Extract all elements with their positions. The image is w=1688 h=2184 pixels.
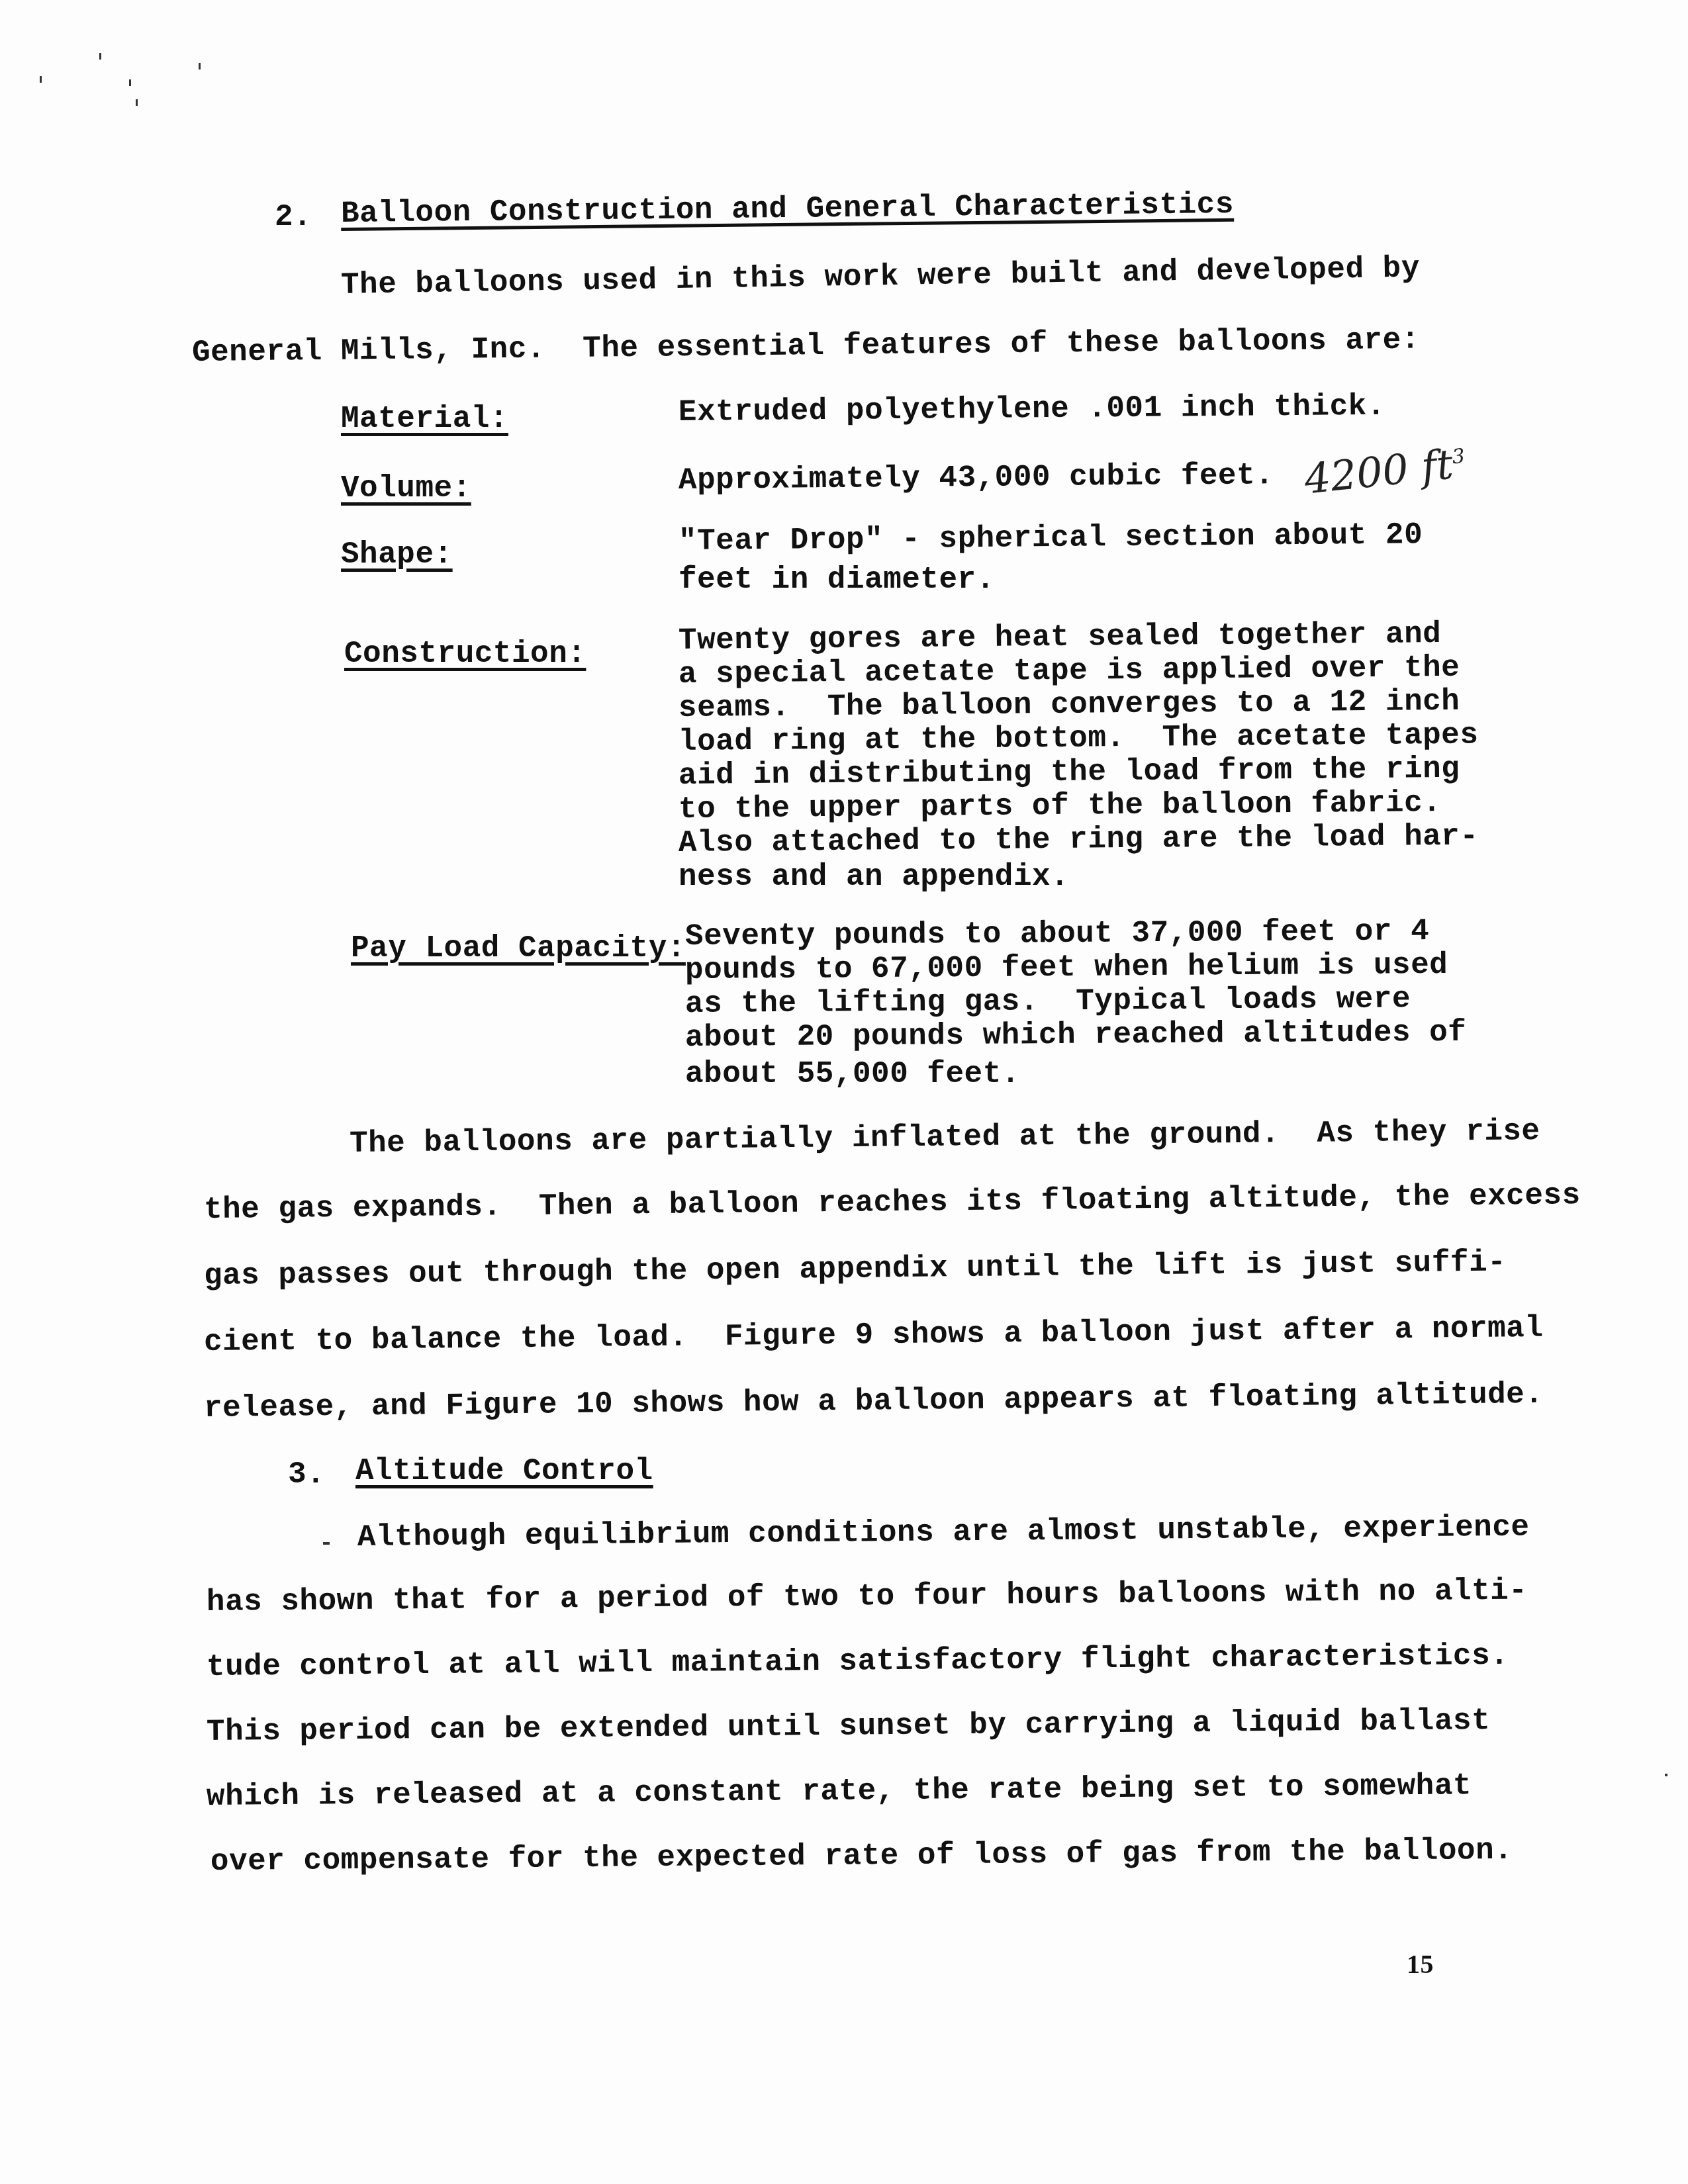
feature-value-shape-1: "Tear Drop" - spherical section about 20: [679, 520, 1423, 557]
scan-speck: [40, 76, 42, 83]
feature-value-construction-1: Twenty gores are heat sealed together an…: [679, 619, 1442, 656]
feature-label-construction: Construction:: [344, 639, 586, 669]
feature-value-construction-6: to the upper parts of the balloon fabric…: [679, 788, 1442, 825]
paragraph-line-2: the gas expands. Then a balloon reaches …: [204, 1180, 1581, 1225]
feature-value-material: Extruded polyethylene .001 inch thick.: [679, 391, 1385, 428]
paragraph-line-3: gas passes out through the open appendix…: [204, 1247, 1507, 1291]
feature-value-construction-7: Also attached to the ring are the load h…: [679, 821, 1479, 858]
altitude-line-3: tude control at all will maintain satisf…: [207, 1641, 1509, 1682]
paragraph-line-4: cient to balance the load. Figure 9 show…: [204, 1313, 1544, 1357]
feature-value-payload-5: about 55,000 feet.: [685, 1059, 1020, 1089]
feature-value-payload-3: as the lifting gas. Typical loads were: [685, 983, 1411, 1019]
scan-speck: [129, 79, 131, 86]
feature-label-payload: Pay Load Capacity:: [351, 933, 686, 964]
handwritten-note-superscript: 3: [1451, 445, 1466, 469]
feature-value-construction-3: seams. The balloon converges to a 12 inc…: [679, 686, 1460, 723]
handwritten-note: 4200 ft3: [1302, 438, 1468, 503]
feature-value-construction-5: aid in distributing the load from the ri…: [679, 754, 1460, 791]
altitude-line-6: over compensate for the expected rate of…: [211, 1835, 1513, 1877]
scan-speck: [199, 63, 201, 69]
section-2-title: Balloon Construction and General Charact…: [341, 189, 1234, 229]
feature-value-volume: Approximately 43,000 cubic feet.: [679, 460, 1274, 496]
intro-line-2: General Mills, Inc. The essential featur…: [192, 325, 1420, 368]
scan-speck: [1665, 1774, 1667, 1776]
stray-mark: [323, 1542, 330, 1545]
section-3-title: Altitude Control: [355, 1456, 653, 1486]
feature-value-construction-8: ness and an appendix.: [679, 862, 1069, 892]
altitude-line-2: has shown that for a period of two to fo…: [207, 1576, 1528, 1617]
scan-speck: [99, 53, 101, 60]
altitude-line-5: which is released at a constant rate, th…: [207, 1770, 1472, 1812]
feature-label-material: Material:: [341, 404, 508, 434]
scan-speck: [136, 99, 138, 106]
feature-label-shape: Shape:: [341, 539, 453, 570]
handwritten-note-value: 4200 ft: [1302, 439, 1456, 503]
section-2-number: 2.: [275, 202, 312, 232]
section-3-number: 3.: [288, 1459, 325, 1490]
feature-label-volume: Volume:: [341, 473, 471, 504]
paragraph-line-5: release, and Figure 10 shows how a ballo…: [204, 1379, 1544, 1424]
page-number: 15: [1407, 1951, 1434, 1978]
feature-value-payload-1: Seventy pounds to about 37,000 feet or 4: [685, 916, 1429, 952]
feature-value-construction-4: load ring at the bottom. The acetate tap…: [679, 719, 1479, 757]
altitude-line-1: Although equilibrium conditions are almo…: [357, 1512, 1530, 1553]
feature-value-payload-4: about 20 pounds which reached altitudes …: [685, 1017, 1467, 1053]
altitude-line-4: This period can be extended until sunset…: [207, 1706, 1491, 1747]
feature-value-construction-2: a special acetate tape is applied over t…: [679, 653, 1460, 690]
feature-value-payload-2: pounds to 67,000 feet when helium is use…: [685, 950, 1448, 985]
paragraph-line-1: The balloons are partially inflated at t…: [350, 1116, 1540, 1159]
intro-line-1: The balloons used in this work were buil…: [341, 253, 1421, 300]
feature-value-shape-2: feet in diameter.: [679, 565, 995, 595]
